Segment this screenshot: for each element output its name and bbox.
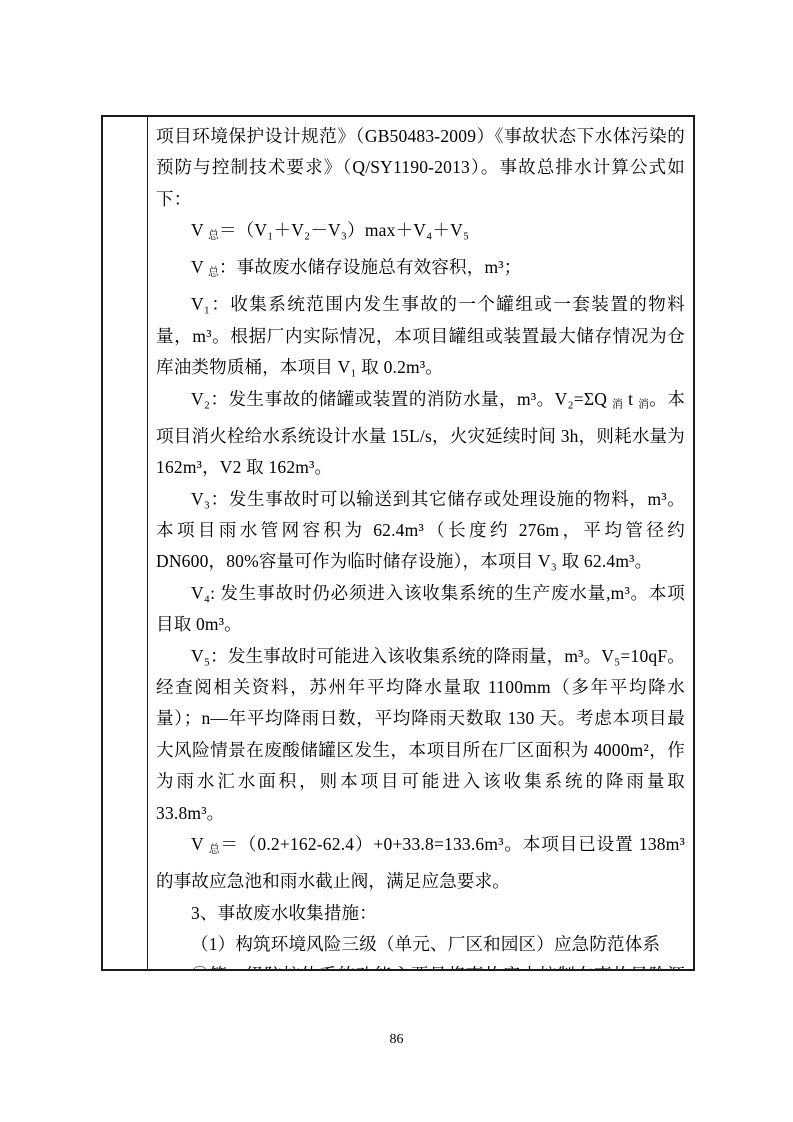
subscript-text: 总 bbox=[208, 230, 219, 242]
page-number: 86 bbox=[0, 1032, 793, 1048]
paragraph: V₄: 发生事故时仍必须进入该收集系统的生产废水量,m³。本项目取 0m³。 bbox=[156, 578, 685, 641]
text-run: V₅：发生事故时可能进入该收集系统的降雨量，m³。V₅=10qF。经查阅相关资料… bbox=[156, 646, 685, 823]
paragraph: V 总：事故废水储存设施总有效容积，m³； bbox=[156, 252, 685, 289]
paragraph: V₂：发生事故的储罐或装置的消防水量，m³。V₂=ΣQ 消 t 消。本项目消火栓… bbox=[156, 384, 685, 484]
text-run: V bbox=[191, 257, 208, 277]
text-run: ＝（V₁＋V₂－V₃）max＋V₄＋V₅ bbox=[219, 220, 469, 240]
paragraph: V₅：发生事故时可能进入该收集系统的降雨量，m³。V₅=10qF。经查阅相关资料… bbox=[156, 641, 685, 829]
text-run: V bbox=[191, 834, 209, 854]
text-run: 项目环境保护设计规范》（GB50483-2009）《事故状态下水体污染的预防与控… bbox=[156, 126, 685, 209]
paragraph: 3、事故废水收集措施： bbox=[156, 898, 685, 929]
paragraph: V₁：收集系统范围内发生事故的一个罐组或一套装置的物料量，m³。根据厂内实际情况… bbox=[156, 289, 685, 383]
subscript-text: 总 bbox=[209, 844, 221, 856]
paragraph: V₃：发生事故时可以输送到其它储存或处理设施的物料，m³。本项目雨水管网容积为 … bbox=[156, 484, 685, 578]
text-run: V₃：发生事故时可以输送到其它储存或处理设施的物料，m³。本项目雨水管网容积为 … bbox=[156, 489, 685, 572]
text-run: （1）构筑环境风险三级（单元、厂区和园区）应急防范体系 bbox=[191, 934, 660, 954]
subscript-text: 消 bbox=[612, 398, 623, 410]
paragraph: V 总＝（0.2+162-62.4）+0+33.8=133.6m³。本项目已设置… bbox=[156, 829, 685, 898]
text-run: ：事故废水储存设施总有效容积，m³； bbox=[219, 257, 521, 277]
paragraph: ①第一级防控体系的功能主要是将事故废水控制在事故风险源所在区域单元，该体系主要是… bbox=[156, 960, 685, 969]
table-left-label-cell bbox=[103, 117, 148, 969]
text-run: t bbox=[623, 389, 638, 409]
text-run: V₁：收集系统范围内发生事故的一个罐组或一套装置的物料量，m³。根据厂内实际情况… bbox=[156, 294, 685, 377]
paragraph: （1）构筑环境风险三级（单元、厂区和园区）应急防范体系 bbox=[156, 929, 685, 960]
subscript-text: 总 bbox=[208, 267, 219, 279]
paragraph: V 总＝（V₁＋V₂－V₃）max＋V₄＋V₅ bbox=[156, 215, 685, 252]
report-table: 项目环境保护设计规范》（GB50483-2009）《事故状态下水体污染的预防与控… bbox=[101, 115, 695, 971]
text-run: V bbox=[191, 220, 208, 240]
text-run: V₂：发生事故的储罐或装置的消防水量，m³。V₂=ΣQ bbox=[191, 389, 612, 409]
document-body: 项目环境保护设计规范》（GB50483-2009）《事故状态下水体污染的预防与控… bbox=[148, 117, 693, 969]
document-page: 项目环境保护设计规范》（GB50483-2009）《事故状态下水体污染的预防与控… bbox=[0, 0, 793, 1122]
text-run: ①第一级防控体系的功能主要是将事故废水控制在事故风险源所在区域单元，该体系主要是… bbox=[156, 965, 685, 969]
paragraph: 项目环境保护设计规范》（GB50483-2009）《事故状态下水体污染的预防与控… bbox=[156, 121, 685, 215]
text-run: 3、事故废水收集措施： bbox=[191, 903, 377, 923]
text-run: ＝（0.2+162-62.4）+0+33.8=133.6m³。本项目已设置 13… bbox=[156, 834, 685, 891]
subscript-text: 消 bbox=[638, 398, 649, 410]
text-run: V₄: 发生事故时仍必须进入该收集系统的生产废水量,m³。本项目取 0m³。 bbox=[156, 583, 685, 634]
